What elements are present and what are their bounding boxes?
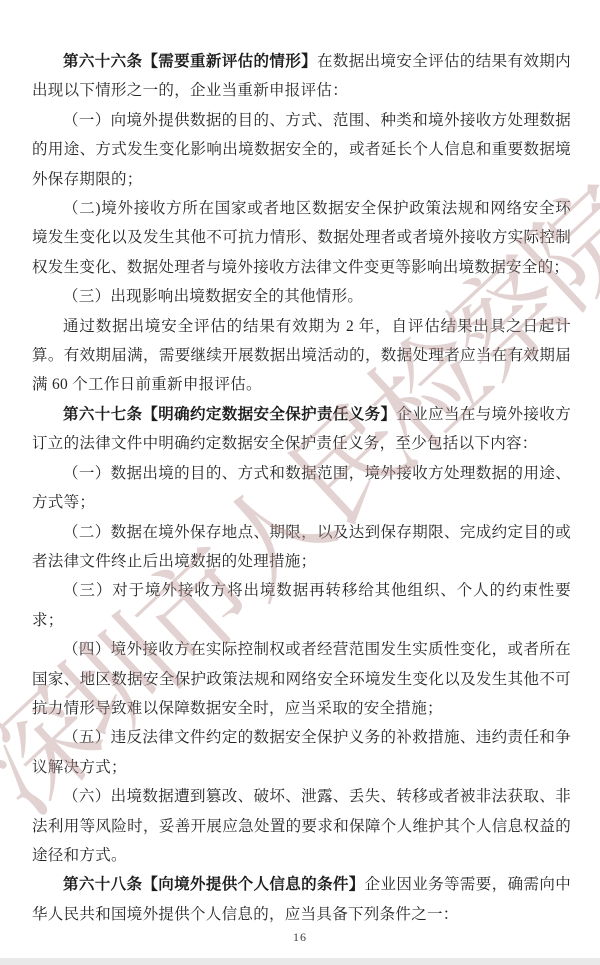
paragraph-text: 通过数据出境安全评估的结果有效期为 2 年，自评估结果出具之日起计算。有效期届满… bbox=[32, 318, 571, 394]
paragraph: 第六十八条【向境外提供个人信息的条件】企业因业务等需要，确需向中华人民共和国境外… bbox=[32, 870, 571, 929]
paragraph-text: （一）数据出境的目的、方式和数据范围，境外接收方处理数据的用途、方式等； bbox=[32, 465, 571, 511]
paragraph-text: （六）出境数据遭到篡改、破坏、泄露、丢失、转移或者被非法获取、非法利用等风险时，… bbox=[32, 788, 571, 864]
paragraph: 第六十七条【明确约定数据安全保护责任义务】企业应当在与境外接收方订立的法律文件中… bbox=[32, 400, 571, 459]
page-bottom-edge bbox=[0, 958, 600, 965]
article-heading: 第六十六条【需要重新评估的情形】 bbox=[63, 53, 317, 70]
paragraph-text: （四）境外接收方在实际控制权或者经营范围发生实质性变化，或者所在国家、地区数据安… bbox=[32, 641, 571, 717]
paragraph-text: （二)境外接收方所在国家或者地区数据安全保护政策法规和网络安全环境发生变化以及发… bbox=[32, 200, 571, 276]
paragraph-text: （五）违反法律文件约定的数据安全保护义务的补救措施、违约责任和争议解决方式； bbox=[32, 729, 571, 775]
article-heading: 第六十八条【向境外提供个人信息的条件】 bbox=[63, 876, 365, 893]
paragraph: （一）数据出境的目的、方式和数据范围，境外接收方处理数据的用途、方式等； bbox=[32, 459, 571, 518]
paragraph: （三）出现影响出境数据安全的其他情形。 bbox=[32, 282, 571, 311]
paragraph-text: （三）对于境外接收方将出境数据再转移给其他组织、个人的约束性要求； bbox=[32, 582, 571, 628]
document-page: 深圳市人民检察院 第六十六条【需要重新评估的情形】在数据出境安全评估的结果有效期… bbox=[0, 0, 600, 965]
page-number: 16 bbox=[0, 930, 600, 945]
paragraph: （二)境外接收方所在国家或者地区数据安全保护政策法规和网络安全环境发生变化以及发… bbox=[32, 194, 571, 282]
paragraph: （六）出境数据遭到篡改、破坏、泄露、丢失、转移或者被非法获取、非法利用等风险时，… bbox=[32, 782, 571, 870]
paragraph: （二）数据在境外保存地点、期限，以及达到保存期限、完成约定目的或者法律文件终止后… bbox=[32, 518, 571, 577]
paragraph: （一）向境外提供数据的目的、方式、范围、种类和境外接收方处理数据的用途、方式发生… bbox=[32, 106, 571, 194]
paragraph-text: （二）数据在境外保存地点、期限，以及达到保存期限、完成约定目的或者法律文件终止后… bbox=[32, 524, 571, 570]
document-text: 第六十六条【需要重新评估的情形】在数据出境安全评估的结果有效期内出现以下情形之一… bbox=[32, 47, 571, 929]
article-heading: 第六十七条【明确约定数据安全保护责任义务】 bbox=[63, 406, 396, 423]
paragraph-text: （一）向境外提供数据的目的、方式、范围、种类和境外接收方处理数据的用途、方式发生… bbox=[32, 112, 571, 188]
paragraph: （三）对于境外接收方将出境数据再转移给其他组织、个人的约束性要求； bbox=[32, 576, 571, 635]
paragraph-text: （三）出现影响出境数据安全的其他情形。 bbox=[63, 288, 363, 305]
paragraph: 第六十六条【需要重新评估的情形】在数据出境安全评估的结果有效期内出现以下情形之一… bbox=[32, 47, 571, 106]
paragraph: 通过数据出境安全评估的结果有效期为 2 年，自评估结果出具之日起计算。有效期届满… bbox=[32, 312, 571, 400]
paragraph: （四）境外接收方在实际控制权或者经营范围发生实质性变化，或者所在国家、地区数据安… bbox=[32, 635, 571, 723]
paragraph: （五）违反法律文件约定的数据安全保护义务的补救措施、违约责任和争议解决方式； bbox=[32, 723, 571, 782]
